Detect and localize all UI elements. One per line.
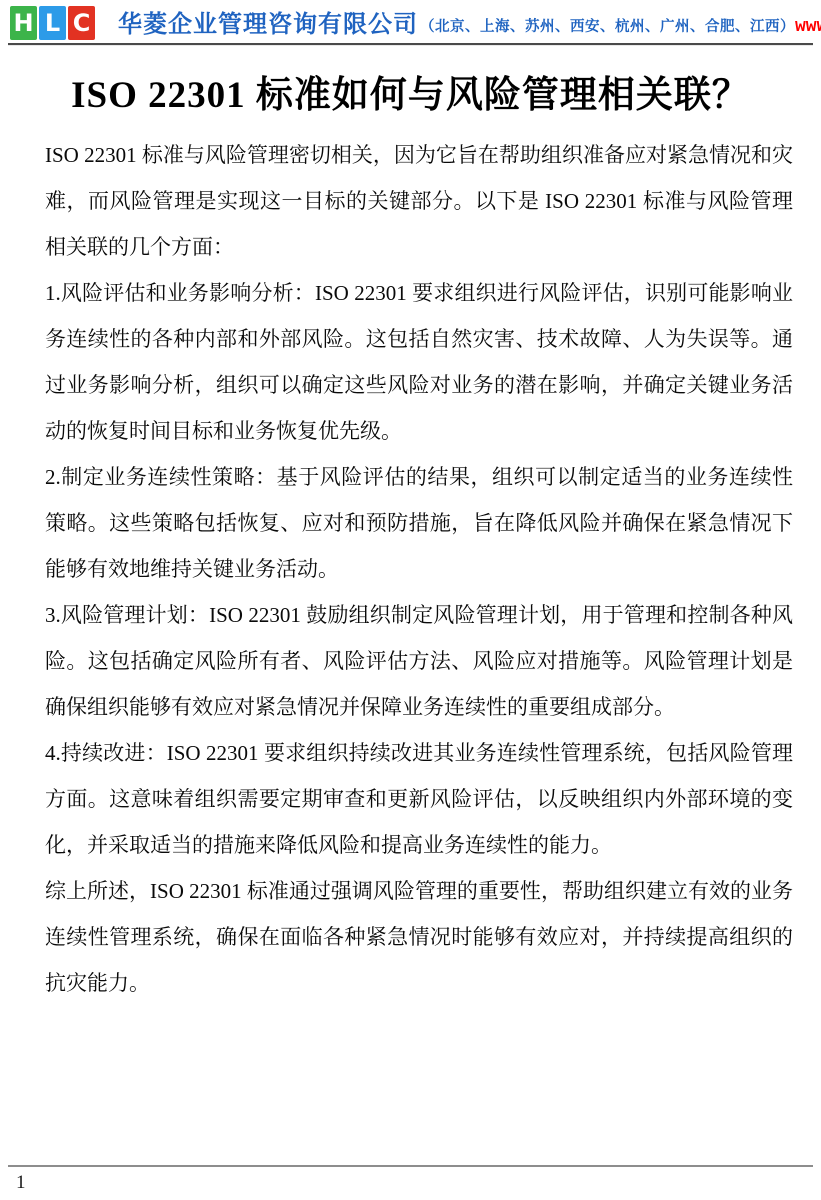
paragraph-item-2: 2.制定业务连续性策略：基于风险评估的结果，组织可以制定适当的业务连续性策略。这…: [45, 454, 793, 592]
footer-divider: [8, 1165, 813, 1167]
page-header: H L C 华菱企业管理咨询有限公司 （北京、上海、苏州、西安、杭州、广州、合肥…: [10, 4, 811, 40]
document-page: H L C 华菱企业管理咨询有限公司 （北京、上海、苏州、西安、杭州、广州、合肥…: [0, 0, 821, 1200]
header-divider: [8, 43, 813, 46]
paragraph-conclusion: 综上所述，ISO 22301 标准通过强调风险管理的重要性，帮助组织建立有效的业…: [45, 868, 793, 1006]
company-branch-cities: （北京、上海、苏州、西安、杭州、广州、合肥、江西）: [420, 15, 795, 36]
company-logo: H L C: [10, 6, 95, 40]
document-body: ISO 22301 标准与风险管理密切相关，因为它旨在帮助组织准备应对紧急情况和…: [45, 132, 793, 1006]
company-website-url: www.hlemc.com: [795, 17, 821, 37]
logo-letter-h-icon: H: [10, 6, 37, 40]
logo-letter-c-icon: C: [68, 6, 95, 40]
paragraph-item-3: 3.风险管理计划：ISO 22301 鼓励组织制定风险管理计划，用于管理和控制各…: [45, 592, 793, 730]
company-name: 华菱企业管理咨询有限公司: [118, 4, 418, 39]
page-number: 1: [16, 1172, 26, 1194]
page-title: ISO 22301 标准如何与风险管理相关联？: [0, 64, 821, 118]
paragraph-intro: ISO 22301 标准与风险管理密切相关，因为它旨在帮助组织准备应对紧急情况和…: [45, 132, 793, 270]
logo-letter-l-icon: L: [39, 6, 66, 40]
paragraph-item-1: 1.风险评估和业务影响分析：ISO 22301 要求组织进行风险评估，识别可能影…: [45, 270, 793, 454]
paragraph-item-4: 4.持续改进：ISO 22301 要求组织持续改进其业务连续性管理系统，包括风险…: [45, 730, 793, 868]
